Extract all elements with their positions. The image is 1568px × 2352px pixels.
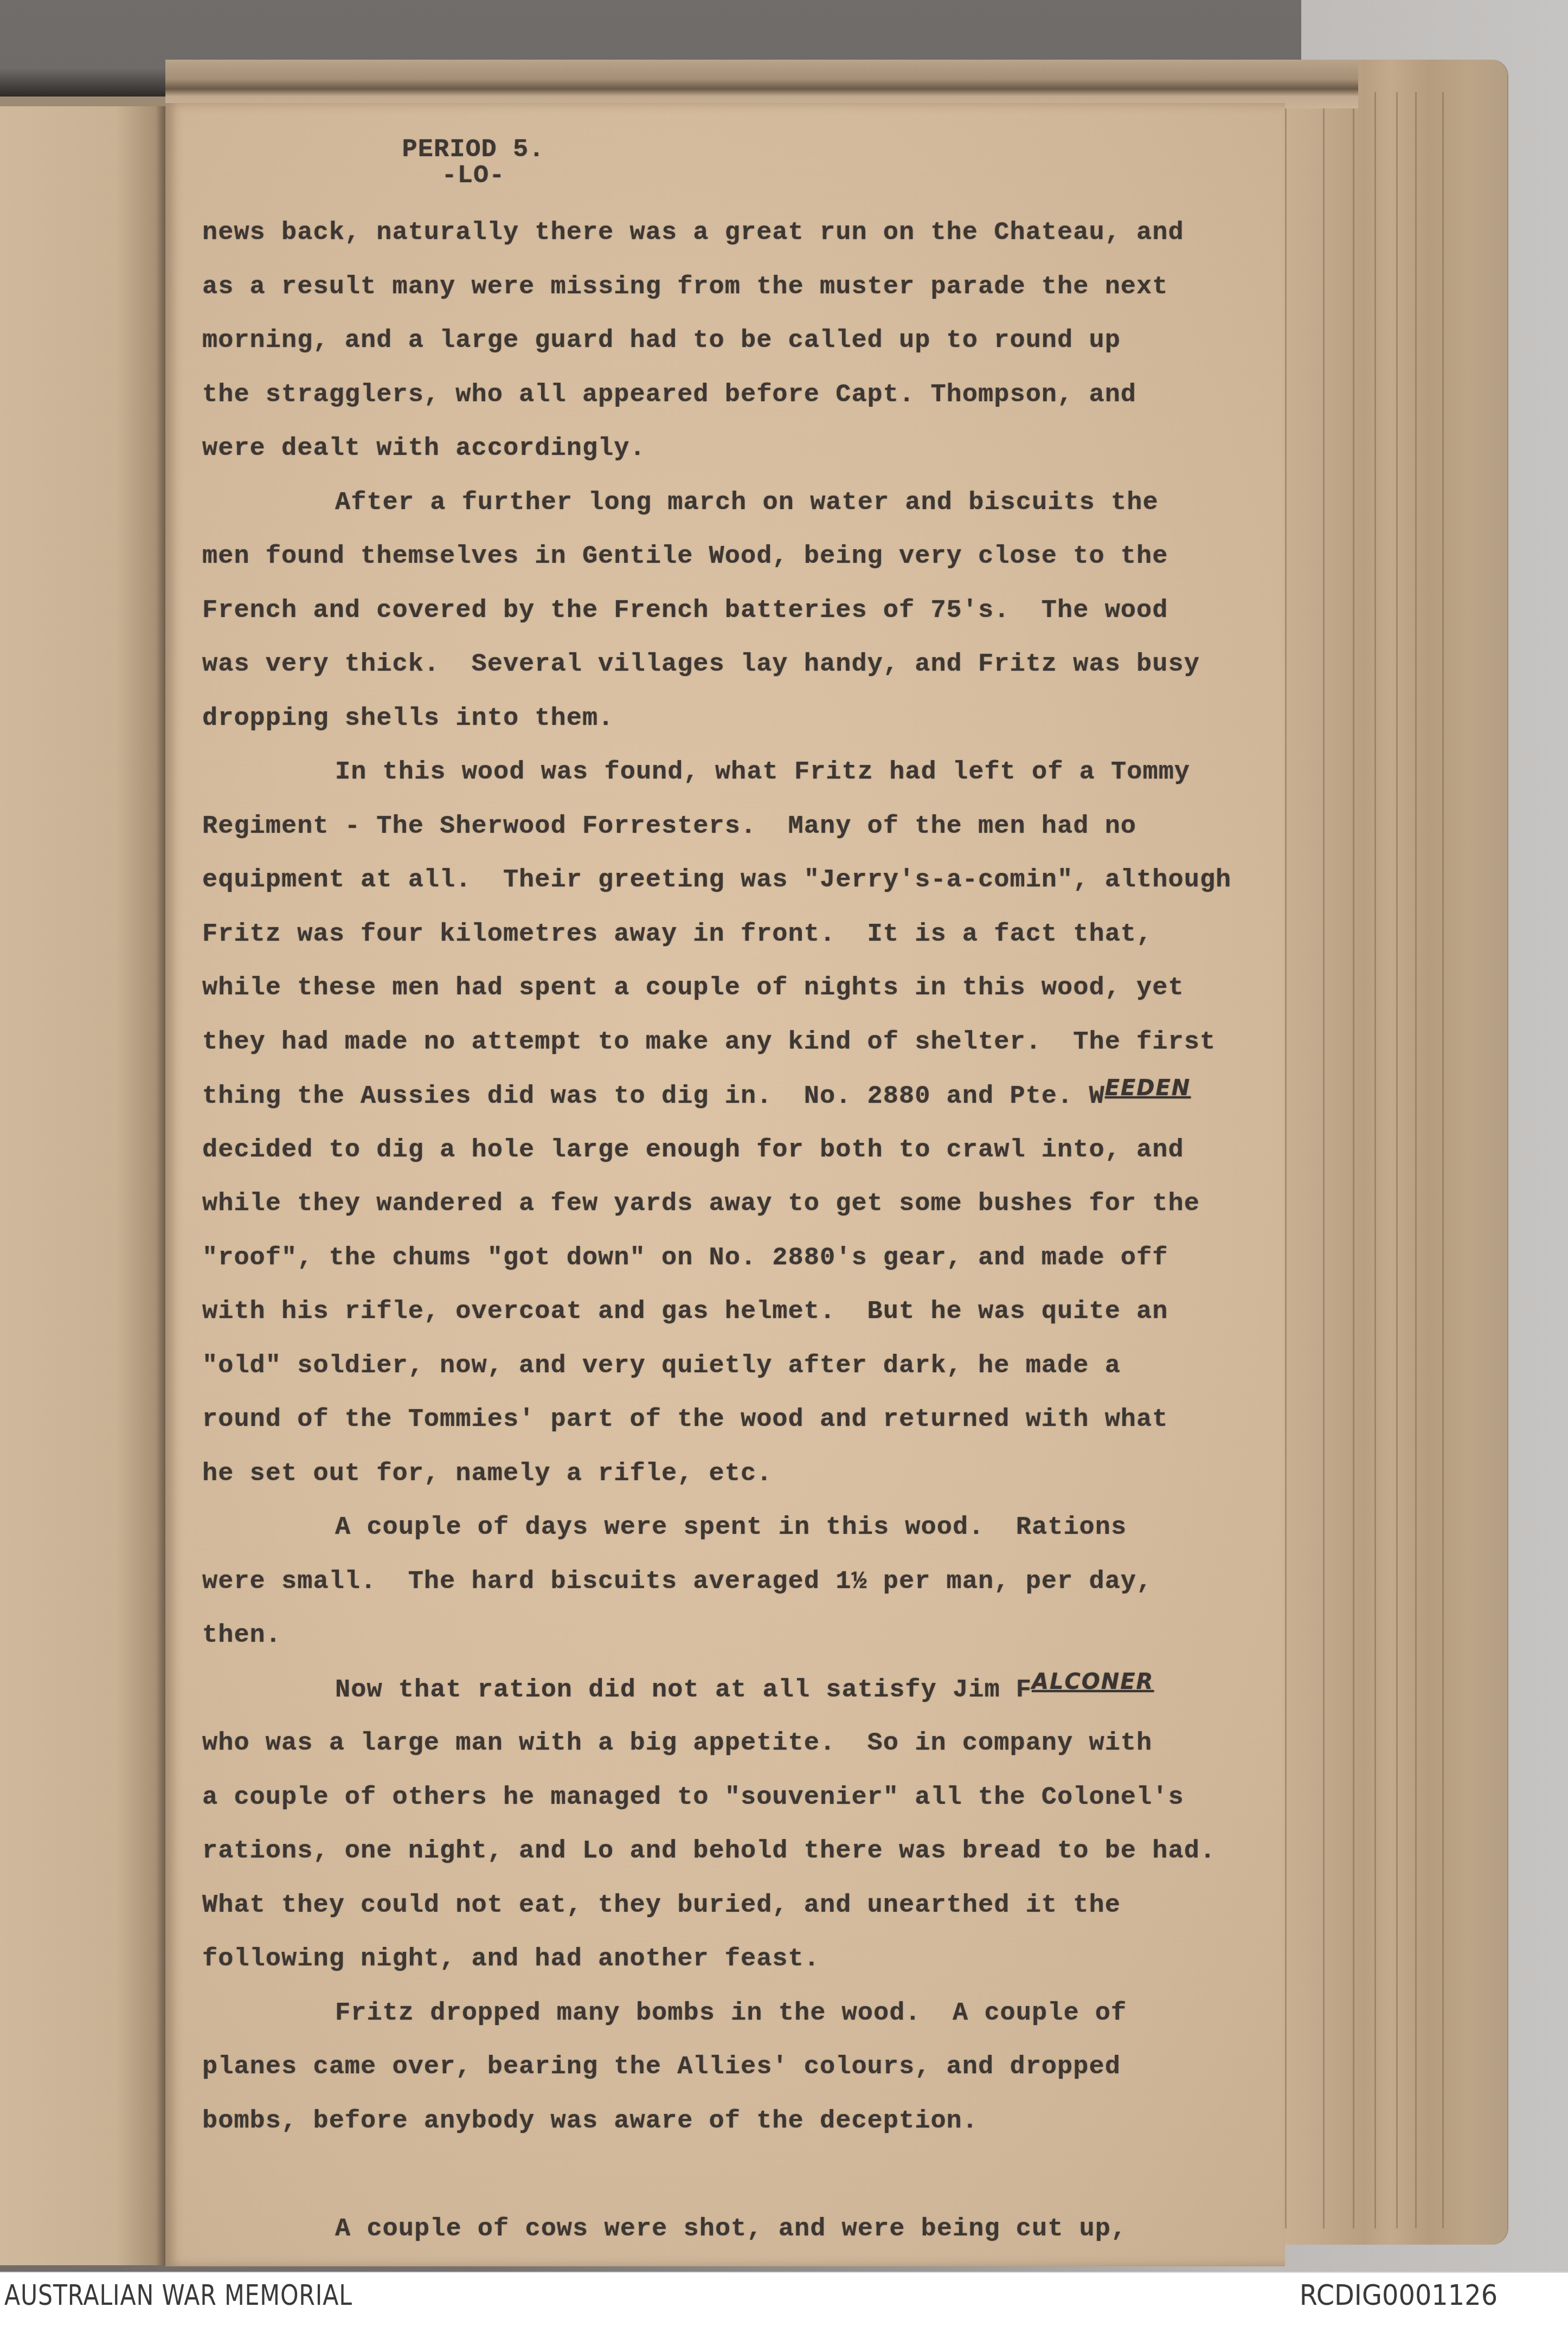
text-line: men found themselves in Gentile Wood, be… [202,530,1231,584]
typed-text: were small. The hard biscuits averaged 1… [202,1567,1152,1596]
text-line: planes came over, bearing the Allies' co… [202,2040,1231,2094]
image-id-label: RCDIG0001126 [1300,2279,1498,2312]
text-line: Now that ration did not at all satisfy J… [202,1663,1231,1717]
text-line: as a result many were missing from the m… [202,260,1231,314]
typed-text: In this wood was found, what Fritz had l… [335,758,1190,787]
text-line: Fritz dropped many bombs in the wood. A … [202,1987,1231,2041]
handwritten-annotation: ALCONER [1032,1669,1154,1694]
typed-text: as a result many were missing from the m… [202,273,1168,301]
text-line: were small. The hard biscuits averaged 1… [202,1555,1231,1609]
text-line: following night, and had another feast. [202,1932,1231,1987]
text-line: while they wandered a few yards away to … [202,1177,1231,1231]
typed-text: French and covered by the French batteri… [202,596,1168,625]
text-line: news back, naturally there was a great r… [202,206,1231,260]
typed-text: then. [202,1621,281,1650]
typed-text: Fritz was four kilometres away in front.… [202,920,1152,949]
typed-text: "roof", the chums "got down" on No. 2880… [202,1244,1168,1273]
text-line: rations, one night, and Lo and behold th… [202,1824,1231,1879]
typed-text: were dealt with accordingly. [202,434,646,463]
typed-text: "old" soldier, now, and very quietly aft… [202,1352,1121,1380]
typed-text: dropping shells into them. [202,704,614,733]
typed-text: After a further long march on water and … [335,489,1159,517]
text-line: After a further long march on water and … [202,476,1231,530]
typed-text: following night, and had another feast. [202,1945,820,1974]
typed-text: was very thick. Several villages lay han… [202,650,1200,679]
typed-text: round of the Tommies' part of the wood a… [202,1405,1168,1434]
text-line: they had made no attempt to make any kin… [202,1016,1231,1070]
typed-text: Regiment - The Sherwood Forresters. Many… [202,812,1136,841]
text-line: with his rifle, overcoat and gas helmet.… [202,1285,1231,1339]
typed-text: decided to dig a hole large enough for b… [202,1136,1184,1165]
typed-page: PERIOD 5. -LO- news back, naturally ther… [165,103,1285,2266]
text-line: In this wood was found, what Fritz had l… [202,746,1231,800]
typed-text: with his rifle, overcoat and gas helmet.… [202,1297,1168,1326]
typed-text: men found themselves in Gentile Wood, be… [202,542,1168,571]
text-line: round of the Tommies' part of the wood a… [202,1393,1231,1447]
text-line: Regiment - The Sherwood Forresters. Many… [202,800,1231,854]
text-line: "roof", the chums "got down" on No. 2880… [202,1231,1231,1286]
text-line: decided to dig a hole large enough for b… [202,1123,1231,1178]
handwritten-annotation: EEDEN [1105,1076,1191,1101]
text-line: he set out for, namely a rifle, etc. [202,1447,1231,1501]
text-line: Fritz was four kilometres away in front.… [202,908,1231,962]
page-stack-edge [1247,60,1507,2245]
typed-text: A couple of days were spent in this wood… [335,1513,1127,1542]
typed-text: he set out for, namely a rifle, etc. [202,1460,772,1488]
text-line: bombs, before anybody was aware of the d… [202,2094,1231,2149]
text-line: dropping shells into them. [202,692,1231,746]
page-number: -LO- [202,162,744,190]
typed-text: bombs, before anybody was aware of the d… [202,2107,978,2136]
body-text: news back, naturally there was a great r… [202,206,1231,2256]
text-line: A couple of cows were shot, and were bei… [202,2202,1231,2257]
institution-label: AUSTRALIAN WAR MEMORIAL [4,2279,352,2312]
footer-band: AUSTRALIAN WAR MEMORIAL RCDIG0001126 [0,2272,1568,2352]
page-title: PERIOD 5. [202,136,744,164]
typed-text: while these men had spent a couple of ni… [202,974,1184,1003]
text-line: who was a large man with a big appetite.… [202,1717,1231,1771]
text-line: the stragglers, who all appeared before … [202,368,1231,422]
typed-text: while they wandered a few yards away to … [202,1190,1200,1218]
text-line: What they could not eat, they buried, an… [202,1879,1231,1933]
text-line: a couple of others he managed to "souven… [202,1771,1231,1825]
text-line: were dealt with accordingly. [202,422,1231,476]
typed-text: equipment at all. Their greeting was "Je… [202,866,1231,895]
text-line: thing the Aussies did was to dig in. No.… [202,1069,1231,1123]
typed-text: news back, naturally there was a great r… [202,219,1184,247]
typed-text: thing the Aussies did was to dig in. No.… [202,1082,1105,1111]
text-line: A couple of days were spent in this wood… [202,1501,1231,1555]
typed-text: the stragglers, who all appeared before … [202,381,1136,409]
typed-text: rations, one night, and Lo and behold th… [202,1837,1216,1866]
typed-text: a couple of others he managed to "souven… [202,1783,1184,1812]
typed-text: Now that ration did not at all satisfy J… [335,1676,1032,1705]
text-line: then. [202,1609,1231,1663]
text-line: morning, and a large guard had to be cal… [202,314,1231,368]
text-line: French and covered by the French batteri… [202,584,1231,638]
typed-text: planes came over, bearing the Allies' co… [202,2053,1121,2081]
text-line [202,2148,1231,2202]
typed-text: A couple of cows were shot, and were bei… [335,2215,1127,2244]
page-stack-top-edge [165,60,1358,108]
typed-text: Fritz dropped many bombs in the wood. A … [335,1999,1127,2028]
typed-text: What they could not eat, they buried, an… [202,1891,1121,1920]
text-line: while these men had spent a couple of ni… [202,961,1231,1016]
scan-image: PERIOD 5. -LO- news back, naturally ther… [0,0,1568,2272]
typed-text: who was a large man with a big appetite.… [202,1729,1152,1758]
left-page-verso [0,97,165,2265]
text-line: "old" soldier, now, and very quietly aft… [202,1339,1231,1393]
text-line: equipment at all. Their greeting was "Je… [202,853,1231,908]
typed-text: morning, and a large guard had to be cal… [202,326,1121,355]
text-line: was very thick. Several villages lay han… [202,638,1231,692]
typed-text: they had made no attempt to make any kin… [202,1028,1216,1057]
